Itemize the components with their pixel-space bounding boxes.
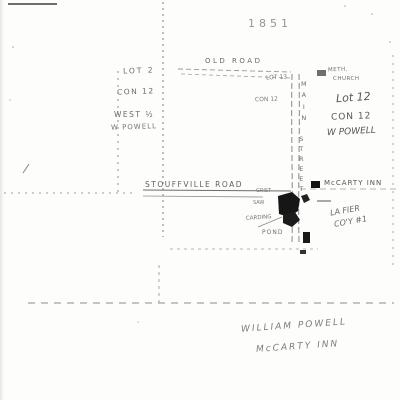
church-label-line2: CHURCH	[333, 77, 360, 83]
mccarty-inn-label: McCARTY INN	[324, 180, 382, 187]
survey-map-scan: 1851 OLD ROAD LOT 13 CON 12 M A I N S T …	[0, 0, 400, 400]
main-street-label-word2: S T R E E T	[299, 134, 304, 194]
main-street-label-word1: M A I N	[301, 79, 307, 125]
church-label-line1: METH.	[328, 68, 348, 74]
year-annotation: 1851	[248, 18, 292, 29]
mill-pond-label: POND	[262, 230, 283, 236]
con12-east-label: CON 12	[331, 112, 372, 122]
stouffville-road-label: STOUFFVILLE ROAD	[145, 181, 243, 189]
old-road-label: OLD ROAD	[205, 58, 262, 65]
con12-west-label: CON 12	[117, 87, 155, 96]
building-mark-1	[303, 232, 310, 243]
mccarty-inn-marker	[311, 181, 320, 188]
map-linework	[0, 0, 400, 400]
mill-building-blob-small	[283, 212, 300, 227]
scan-specks	[9, 5, 391, 323]
west-half-label: WEST ½	[114, 111, 154, 119]
old-road-line-1	[178, 69, 291, 72]
mill-grist-label: GRIST	[256, 189, 271, 194]
building-mark-2	[300, 250, 306, 254]
lot2-west-label: LOT 2	[123, 66, 155, 75]
lot13-label: LOT 13	[266, 74, 287, 81]
stray-mark	[23, 164, 29, 173]
stouffville-road-line-2	[143, 196, 263, 197]
mill-saw-label: SAW	[253, 201, 264, 206]
church-marker	[317, 70, 326, 76]
mill-building-blob-east	[301, 194, 310, 203]
lot12-east-label: Lot 12	[336, 91, 371, 104]
con12-center-label: CON 12	[255, 97, 278, 104]
